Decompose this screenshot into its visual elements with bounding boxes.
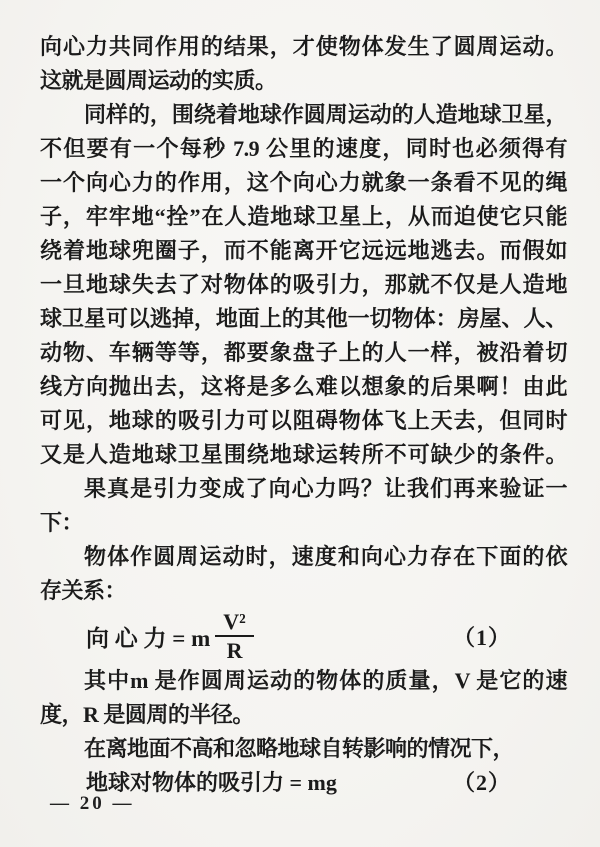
text-line: 物体作圆周运动时，速度和向心力存在下面的依 [40, 540, 567, 574]
text-line: 向心力共同作用的结果，才使物体发生了圆周运动。 [40, 30, 567, 64]
text-line: 下： [40, 506, 567, 540]
fraction-numerator: V² [215, 609, 253, 635]
text-line: 动物、车辆等等，都要象盘子上的人一样，被沿着切 [40, 336, 567, 370]
equation-number: （2） [453, 766, 511, 800]
text-line: 绕着地球兜圈子，而不能离开它远远地逃去。而假如 [40, 234, 567, 268]
equation-number: （1） [453, 621, 511, 652]
formula-lhs: 向 心 力 = m [86, 620, 210, 653]
text-line: 可见，地球的吸引力可以阻碍物体飞上天去，但同时 [40, 404, 567, 438]
text-line: 子，牢牢地“拴”在人造地球卫星上，从而迫使它只能 [40, 200, 567, 234]
text-line: 度，R 是圆周的半径。 [40, 698, 567, 732]
text-line: 不但要有一个每秒 7.9 公里的速度，同时也必须得有 [40, 132, 567, 166]
text-line: 果真是引力变成了向心力吗？让我们再来验证一 [40, 472, 567, 506]
book-page: 向心力共同作用的结果，才使物体发生了圆周运动。 这就是圆周运动的实质。 同样的，… [0, 0, 600, 847]
text-line: 同样的，围绕着地球作圆周运动的人造地球卫星， [40, 98, 567, 132]
text-line: 一个向心力的作用，这个向心力就象一条看不见的绳 [40, 166, 567, 200]
text-line: 又是人造地球卫星围绕地球运转所不可缺少的条件。 [40, 438, 567, 472]
fraction: V² R [215, 609, 253, 664]
formula-centripetal-force: 向 心 力 = m V² R （1） [40, 608, 567, 664]
text-line: 一旦地球失去了对物体的吸引力，那就不仅是人造地 [40, 268, 567, 302]
fraction-denominator: R [215, 635, 253, 663]
body-text: 向心力共同作用的结果，才使物体发生了圆周运动。 这就是圆周运动的实质。 同样的，… [40, 30, 567, 800]
text-line: 这就是圆周运动的实质。 [40, 64, 567, 98]
text-line: 球卫星可以逃掉，地面上的其他一切物体：房屋、人、 [40, 302, 567, 336]
page-number: — 20 — [50, 793, 135, 815]
text-line: 存关系： [40, 574, 567, 608]
text-line: 线方向抛出去，这将是多么难以想象的后果啊！由此 [40, 370, 567, 404]
text-line: 其中m 是作圆周运动的物体的质量，V 是它的速 [40, 664, 567, 698]
text-line: 在离地面不高和忽略地球自转影响的情况下， [40, 732, 567, 766]
